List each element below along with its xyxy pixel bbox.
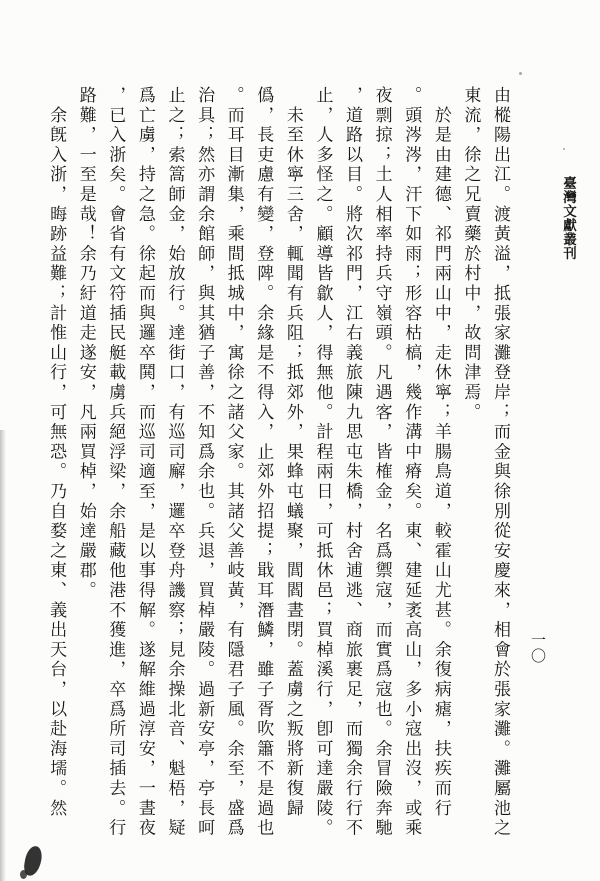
scan-speck — [503, 694, 505, 696]
text-column: ，已入浙矣。會省有文符插民艇載虜兵絕浮梁，余船藏他港不獲進，卒爲所司插去。行 — [101, 86, 131, 846]
text-column: 僞，長吏慮有變，登陴。余緣是不得入，止郊外招提；戢耳潛鱗，雖子胥吹簫不是過也 — [249, 86, 279, 846]
book-page-scan: 臺灣文獻叢刊 一〇 由樅陽出江。渡黃溢，抵張家灘登岸；而金與徐別從安慶來，相會於… — [0, 0, 600, 881]
binding-edge-shadow — [0, 430, 6, 881]
text-column: 由樅陽出江。渡黃溢，抵張家灘登岸；而金與徐別從安慶來，相會於張家灘。灘屬池之 — [485, 86, 515, 846]
text-column: 於是由建德、祁門兩山中，走休寧；羊腸鳥道，較霍山尤甚。余復病瘧，扶疾而行 — [426, 86, 456, 846]
text-column: 爲亡虜，持之急。徐起而與邏卒鬨，而巡司適至，是以事得解。遂解維過淳安，一晝夜 — [130, 86, 160, 846]
scan-speck — [519, 72, 522, 75]
text-column: 余旣入浙，晦跡益難；計惟山行，可無恐。乃自婺之東、義出天台，以赴海壖。然 — [42, 86, 72, 846]
text-column: 路難，一至是哉！余乃紆道走遂安，凡兩買棹，始達嚴郡。 — [71, 86, 101, 846]
folio-number: 一〇 — [527, 632, 548, 664]
text-column: 止，人多怪之。顧導皆歙人，得無他。計程兩日，可抵休邑；買棹溪行，卽可達嚴陵。 — [308, 86, 338, 846]
text-column: 未至休寧三舍，輒聞有兵阻；抵郊外，果蜂屯蟻聚，閭閻晝閉。蓋虜之叛將新復歸 — [278, 86, 308, 846]
text-column: 。頭涔涔，汗下如雨；形容枯槁，幾作溝中瘠矣。東、建延袤高山，多小寇出沒，或乘 — [397, 86, 427, 846]
series-header: 臺灣文獻叢刊 — [558, 176, 578, 260]
text-columns: 由樅陽出江。渡黃溢，抵張家灘登岸；而金與徐別從安慶來，相會於張家灘。灘屬池之東流… — [35, 86, 515, 846]
text-column: 夜剽掠；土人相率持兵守嶺頭。凡遇客，皆榷金，名爲禦寇，而實爲寇也。余冒險奔馳 — [367, 86, 397, 846]
text-column: 治具；然亦謂余館師，與其猶子善，不知爲余也。兵退，買棹嚴陵。過新安亭，亭長呵 — [189, 86, 219, 846]
text-column: 止之；索篙師金，始放行。達街口，有巡司廨，邏卒登舟譏察；見余操北音、魁梧，疑 — [160, 86, 190, 846]
scan-speck — [563, 148, 565, 150]
ink-smudge-small — [20, 870, 27, 879]
text-column: 。而耳目漸集，乘間抵城中，寓徐之諸父家。其諸父善岐黃，有隱君子風。余至，盛爲 — [219, 86, 249, 846]
text-column: ，道路以目。將次祁門，江右義旅陳九思屯朱橋，村舍逋逃、商旅裹足，而獨余行行不 — [337, 86, 367, 846]
text-column: 東流，徐之兄賣藥於村中，故問津焉。 — [456, 86, 486, 846]
